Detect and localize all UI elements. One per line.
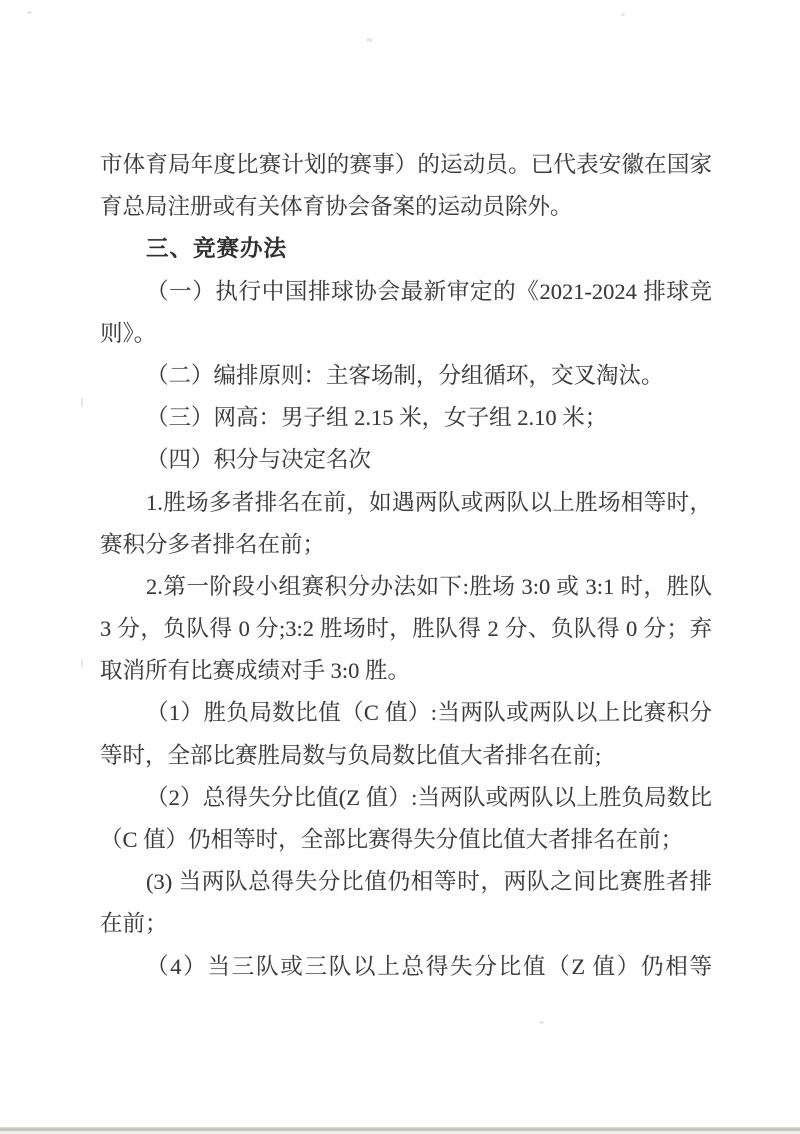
scan-speck — [621, 13, 625, 16]
text-line: 2.第一阶段小组赛积分办法如下:胜场 3:0 或 3:1 时，胜队得 — [100, 566, 712, 608]
scan-speck — [366, 38, 373, 42]
scan-speck — [81, 398, 83, 407]
text-line: 则》。 — [100, 313, 712, 355]
scan-speck — [539, 1021, 544, 1024]
scanned-page: 市体育局年度比赛计划的赛事）的运动员。已代表安徽在国家体 育总局注册或有关体育协… — [0, 0, 800, 1134]
text-line: 市体育局年度比赛计划的赛事）的运动员。已代表安徽在国家体 — [100, 144, 712, 186]
text-line: （四）积分与决定名次 — [100, 439, 712, 481]
text-line: （4）当三队或三队以上总得失分比值（Z 值）仍相等时，则 — [100, 946, 712, 988]
text-line: （一）执行中国排球协会最新审定的《2021-2024 排球竞赛规 — [100, 271, 712, 313]
text-line: （二）编排原则：主客场制，分组循环，交叉淘汰。 — [100, 355, 712, 397]
text-line: 等时，全部比赛胜局数与负局数比值大者排名在前; — [100, 735, 712, 777]
text-line: （1）胜负局数比值（C 值）:当两队或两队以上比赛积分仍相 — [100, 692, 712, 734]
text-line: （C 值）仍相等时，全部比赛得失分值比值大者排名在前； — [100, 819, 712, 861]
document-body: 市体育局年度比赛计划的赛事）的运动员。已代表安徽在国家体 育总局注册或有关体育协… — [100, 144, 712, 988]
text-line: 在前； — [100, 903, 712, 945]
scan-speck — [81, 659, 83, 668]
text-line: 育总局注册或有关体育协会备案的运动员除外。 — [100, 186, 712, 228]
scan-speck — [27, 11, 32, 14]
text-line: 赛积分多者排名在前； — [100, 524, 712, 566]
text-line: （2）总得失分比值(Z 值）:当两队或两队以上胜负局数比值 — [100, 777, 712, 819]
text-line: 取消所有比赛成绩对手 3:0 胜。 — [100, 650, 712, 692]
text-line: （三）网高：男子组 2.15 米，女子组 2.10 米； — [100, 397, 712, 439]
section-heading: 三、竞赛办法 — [100, 228, 712, 270]
text-line: (3) 当两队总得失分比值仍相等时，两队之间比赛胜者排名 — [100, 861, 712, 903]
text-line: 1.胜场多者排名在前，如遇两队或两队以上胜场相等时，比 — [100, 482, 712, 524]
text-line: 3 分，负队得 0 分;3:2 胜场时，胜队得 2 分、负队得 0 分；弃权 — [100, 608, 712, 650]
